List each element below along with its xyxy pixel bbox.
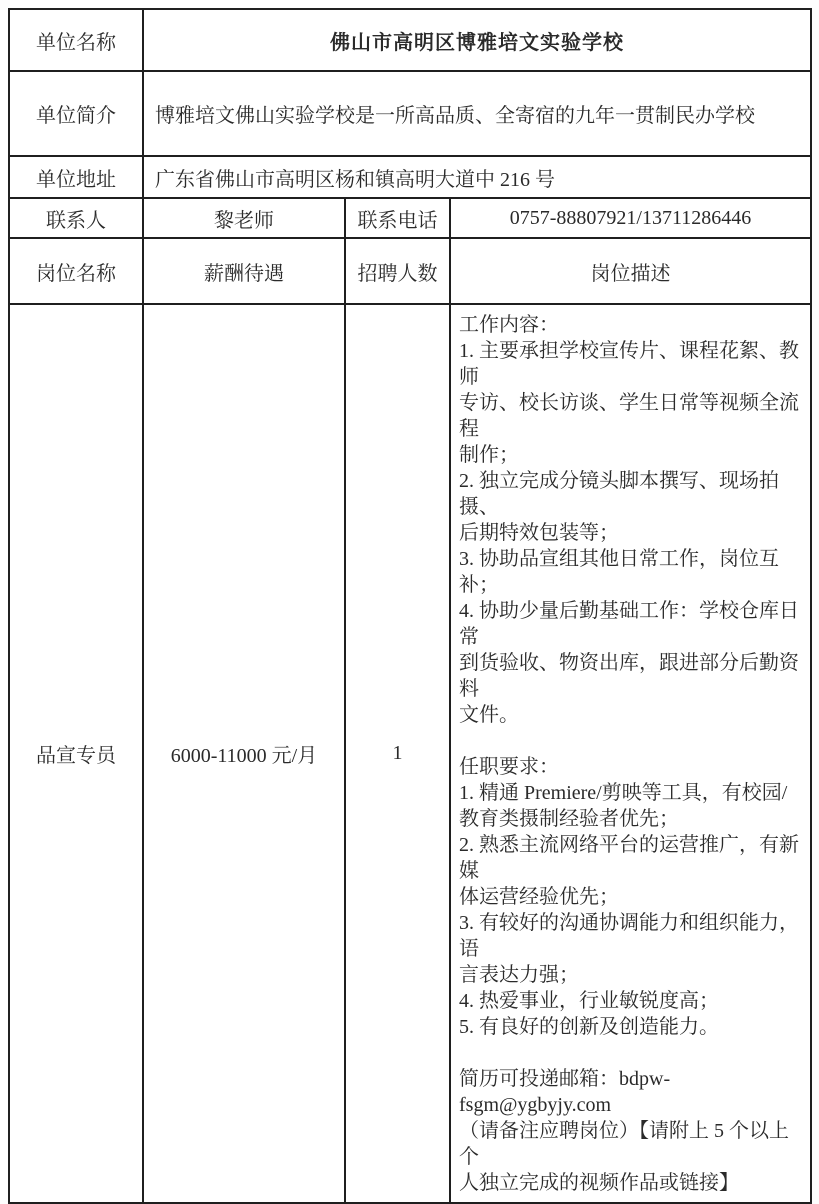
contact-label: 联系人 [9,198,143,238]
row-unit-intro: 单位简介 博雅培文佛山实验学校是一所高品质、全寄宿的九年一贯制民办学校 [9,71,811,156]
column-header-position: 岗位名称 [9,238,143,304]
row-column-headers: 岗位名称 薪酬待遇 招聘人数 岗位描述 [9,238,811,304]
row-unit-name: 单位名称 佛山市高明区博雅培文实验学校 [9,9,811,71]
unit-name-value: 佛山市高明区博雅培文实验学校 [143,9,811,71]
job-description: 工作内容： 1. 主要承担学校宣传片、课程花絮、教师 专访、校长访谈、学生日常等… [450,304,811,1203]
job-headcount: 1 [345,304,450,1203]
job-posting-table: 单位名称 佛山市高明区博雅培文实验学校 单位简介 博雅培文佛山实验学校是一所高品… [8,8,812,1204]
row-job: 品宣专员 6000-11000 元/月 1 工作内容： 1. 主要承担学校宣传片… [9,304,811,1203]
unit-intro-value: 博雅培文佛山实验学校是一所高品质、全寄宿的九年一贯制民办学校 [143,71,811,156]
row-unit-address: 单位地址 广东省佛山市高明区杨和镇高明大道中 216 号 [9,156,811,198]
unit-address-label: 单位地址 [9,156,143,198]
contact-name: 黎老师 [143,198,345,238]
unit-name-label: 单位名称 [9,9,143,71]
column-header-headcount: 招聘人数 [345,238,450,304]
column-header-description: 岗位描述 [450,238,811,304]
unit-address-value: 广东省佛山市高明区杨和镇高明大道中 216 号 [143,156,811,198]
unit-intro-label: 单位简介 [9,71,143,156]
job-position: 品宣专员 [9,304,143,1203]
contact-phone-label: 联系电话 [345,198,450,238]
job-posting-page: 单位名称 佛山市高明区博雅培文实验学校 单位简介 博雅培文佛山实验学校是一所高品… [0,0,819,942]
job-salary: 6000-11000 元/月 [143,304,345,1203]
column-header-salary: 薪酬待遇 [143,238,345,304]
row-contact: 联系人 黎老师 联系电话 0757-88807921/13711286446 [9,198,811,238]
contact-phone-value: 0757-88807921/13711286446 [450,198,811,238]
